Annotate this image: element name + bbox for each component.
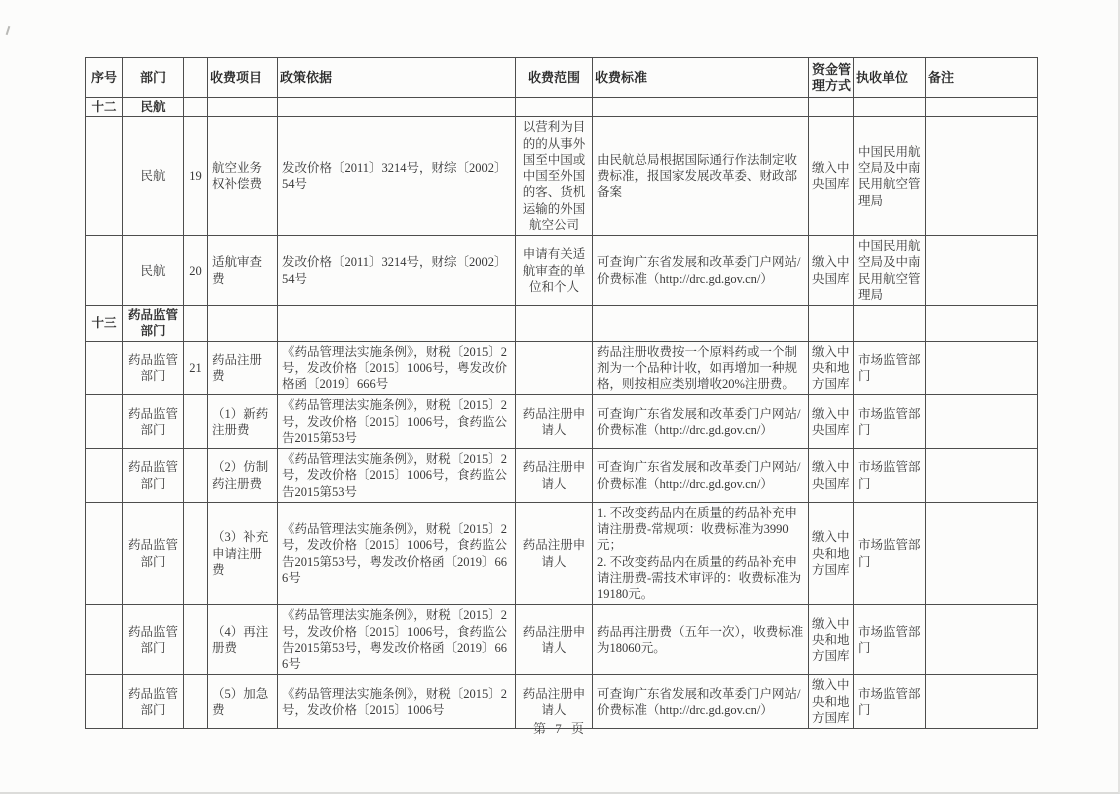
table-cell (926, 449, 1038, 503)
table-cell (86, 117, 123, 236)
table-cell (926, 605, 1038, 675)
section-row: 十三药品监管部门 (86, 306, 1038, 342)
table-cell (593, 98, 809, 117)
table-cell (926, 117, 1038, 236)
table-cell (86, 236, 123, 306)
table-cell: 可查询广东省发展和改革委门户网站/价费标准（http://drc.gd.gov.… (593, 395, 809, 449)
table-row: 药品监管部门21药品注册费《药品管理法实施条例》，财税〔2015〕2号，发改价格… (86, 341, 1038, 395)
column-header: 备注 (926, 58, 1038, 98)
table-cell: 以营利为目的的从事外国至中国或中国至外国的客、货机运输的外国航空公司 (516, 117, 593, 236)
table-cell: 民航 (123, 98, 184, 117)
column-header: 资金管理方式 (809, 58, 854, 98)
column-header: 收费项目 (208, 58, 278, 98)
table-cell: 市场监管部门 (854, 502, 926, 605)
table-cell: 发改价格〔2011〕3214号，财综〔2002〕54号 (278, 236, 516, 306)
table-cell: 药品注册申请人 (516, 605, 593, 675)
table-cell: 可查询广东省发展和改革委门户网站/价费标准（http://drc.gd.gov.… (593, 449, 809, 503)
table-cell: 可查询广东省发展和改革委门户网站/价费标准（http://drc.gd.gov.… (593, 236, 809, 306)
table-cell: 航空业务权补偿费 (208, 117, 278, 236)
table-cell: 市场监管部门 (854, 395, 926, 449)
table-cell: 19 (184, 117, 208, 236)
column-header (184, 58, 208, 98)
table-row: 药品监管部门（4）再注册费《药品管理法实施条例》，财税〔2015〕2号，发改价格… (86, 605, 1038, 675)
table-cell: 《药品管理法实施条例》，财税〔2015〕2号，发改价格〔2015〕1006号，食… (278, 605, 516, 675)
table-cell: 缴入中央国库 (809, 395, 854, 449)
table-cell: （1）新药注册费 (208, 395, 278, 449)
table-cell: 缴入中央和地方国库 (809, 502, 854, 605)
table-cell: 由民航总局根据国际通行作法制定收费标准，报国家发展改革委、财政部备案 (593, 117, 809, 236)
section-row: 十二民航 (86, 98, 1038, 117)
table-cell (516, 306, 593, 342)
table-cell: 药品注册费 (208, 341, 278, 395)
table-cell: 缴入中央国库 (809, 117, 854, 236)
table-cell: 缴入中央国库 (809, 236, 854, 306)
table-cell: （3）补充申请注册费 (208, 502, 278, 605)
table-row: 民航19航空业务权补偿费发改价格〔2011〕3214号，财综〔2002〕54号以… (86, 117, 1038, 236)
table-cell: 中国民用航空局及中南民用航空管理局 (854, 117, 926, 236)
table-cell: 药品注册申请人 (516, 395, 593, 449)
table-cell (926, 395, 1038, 449)
table-cell: 市场监管部门 (854, 341, 926, 395)
table-cell: 市场监管部门 (854, 605, 926, 675)
table-row: 民航20适航审查费发改价格〔2011〕3214号，财综〔2002〕54号申请有关… (86, 236, 1038, 306)
table-cell (208, 98, 278, 117)
table-cell (593, 306, 809, 342)
header-row: 序号部门收费项目政策依据收费范围收费标准资金管理方式执收单位备注 (86, 58, 1038, 98)
table-cell (86, 605, 123, 675)
table-cell: 药品监管部门 (123, 395, 184, 449)
table-cell (184, 98, 208, 117)
table-cell: 申请有关适航审查的单位和个人 (516, 236, 593, 306)
table-cell (184, 395, 208, 449)
table-cell (184, 605, 208, 675)
table-cell: 发改价格〔2011〕3214号，财综〔2002〕54号 (278, 117, 516, 236)
page-number: 第 7 页 (0, 718, 1120, 737)
table-cell: 适航审查费 (208, 236, 278, 306)
table-cell: 《药品管理法实施条例》，财税〔2015〕2号，发改价格〔2015〕1006号，食… (278, 449, 516, 503)
table-cell (86, 449, 123, 503)
table-cell: 十二 (86, 98, 123, 117)
table-cell: 药品监管部门 (123, 502, 184, 605)
table-cell: 市场监管部门 (854, 449, 926, 503)
table-cell: 药品注册申请人 (516, 449, 593, 503)
table-cell: 民航 (123, 117, 184, 236)
table-cell: 药品监管部门 (123, 605, 184, 675)
table-row: 药品监管部门（2）仿制药注册费《药品管理法实施条例》，财税〔2015〕2号，发改… (86, 449, 1038, 503)
table-cell: 缴入中央和地方国库 (809, 605, 854, 675)
table-cell: 20 (184, 236, 208, 306)
table-cell (208, 306, 278, 342)
table-cell (516, 98, 593, 117)
table-cell: 《药品管理法实施条例》，财税〔2015〕2号，发改价格〔2015〕1006号，粤… (278, 341, 516, 395)
table-cell: 民航 (123, 236, 184, 306)
table-cell: 药品监管部门 (123, 306, 184, 342)
table-cell (184, 449, 208, 503)
table-cell (926, 502, 1038, 605)
table-cell (926, 98, 1038, 117)
table-cell: 21 (184, 341, 208, 395)
table-cell (278, 98, 516, 117)
table-cell: 药品注册申请人 (516, 502, 593, 605)
table-cell: 药品注册收费按一个原料药或一个制剂为一个品种计收，如再增加一种规格，则按相应类别… (593, 341, 809, 395)
column-header: 收费标准 (593, 58, 809, 98)
table-cell: （2）仿制药注册费 (208, 449, 278, 503)
table-cell (809, 306, 854, 342)
column-header: 收费范围 (516, 58, 593, 98)
table-row: 药品监管部门（3）补充申请注册费《药品管理法实施条例》，财税〔2015〕2号，发… (86, 502, 1038, 605)
table-cell (516, 341, 593, 395)
table-row: 药品监管部门（1）新药注册费《药品管理法实施条例》，财税〔2015〕2号，发改价… (86, 395, 1038, 449)
table-cell (854, 306, 926, 342)
table-cell (86, 502, 123, 605)
table-cell (184, 502, 208, 605)
table-cell (926, 306, 1038, 342)
table-cell: 药品监管部门 (123, 449, 184, 503)
table-cell: 药品监管部门 (123, 341, 184, 395)
column-header: 执收单位 (854, 58, 926, 98)
table-cell: 《药品管理法实施条例》，财税〔2015〕2号，发改价格〔2015〕1006号，食… (278, 502, 516, 605)
column-header: 部门 (123, 58, 184, 98)
table-cell: （4）再注册费 (208, 605, 278, 675)
table-cell: 缴入中央国库 (809, 449, 854, 503)
table-cell: 十三 (86, 306, 123, 342)
table-cell (926, 341, 1038, 395)
table-cell: 缴入中央和地方国库 (809, 341, 854, 395)
scan-artifact (6, 26, 11, 35)
table-cell (926, 236, 1038, 306)
table-cell: 药品再注册费（五年一次），收费标准为18060元。 (593, 605, 809, 675)
table-cell (86, 341, 123, 395)
column-header: 政策依据 (278, 58, 516, 98)
table-cell (278, 306, 516, 342)
table-cell (809, 98, 854, 117)
table-body: 十二民航民航19航空业务权补偿费发改价格〔2011〕3214号，财综〔2002〕… (86, 98, 1038, 729)
table-cell (86, 395, 123, 449)
table-cell: 1. 不改变药品内在质量的药品补充申请注册费-常规项：收费标准为3990元； 2… (593, 502, 809, 605)
column-header: 序号 (86, 58, 123, 98)
table-cell: 中国民用航空局及中南民用航空管理局 (854, 236, 926, 306)
document-sheet: 序号部门收费项目政策依据收费范围收费标准资金管理方式执收单位备注 十二民航民航1… (85, 57, 1037, 729)
table-cell (854, 98, 926, 117)
table-cell: 《药品管理法实施条例》，财税〔2015〕2号，发改价格〔2015〕1006号，食… (278, 395, 516, 449)
fee-table: 序号部门收费项目政策依据收费范围收费标准资金管理方式执收单位备注 十二民航民航1… (85, 57, 1038, 729)
table-cell (184, 306, 208, 342)
